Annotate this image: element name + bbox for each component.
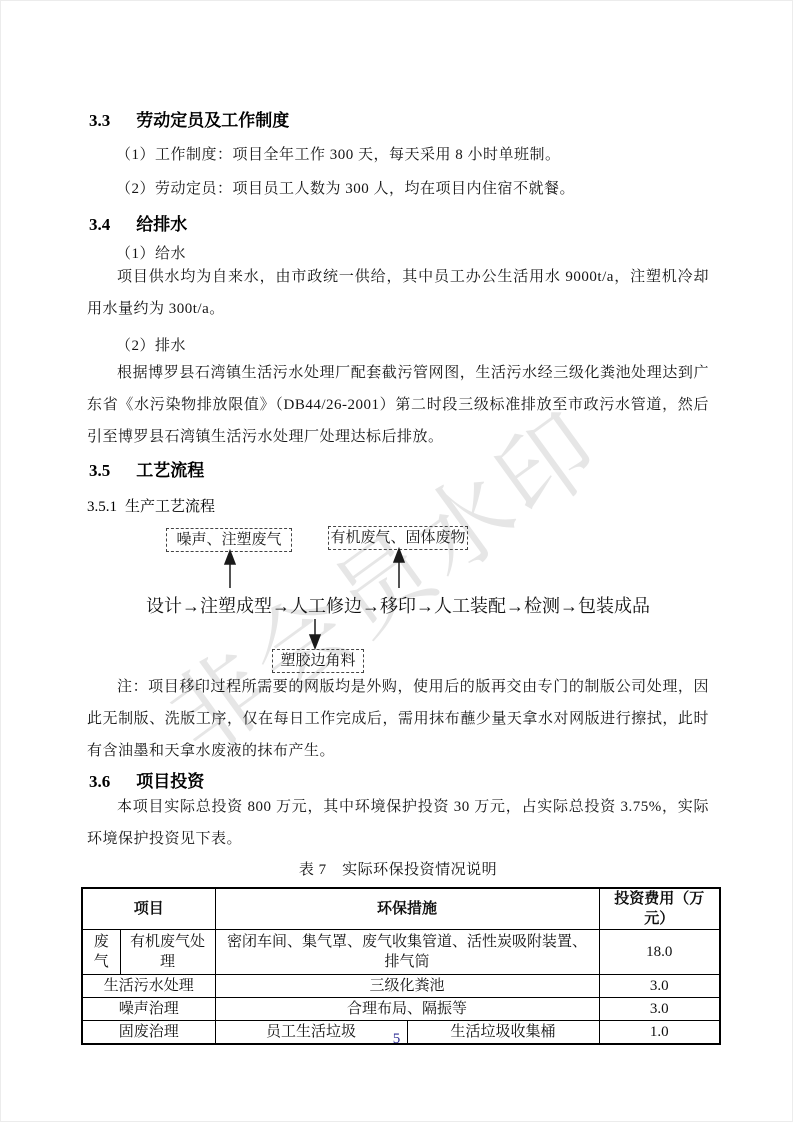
- section-3-5-heading: 3.5工艺流程: [89, 456, 204, 481]
- process-flow-text: 设计→注塑成型→人工修边→移印→人工装配→检测→包装成品: [87, 593, 709, 619]
- section-3-5-title: 工艺流程: [136, 461, 204, 480]
- section-3-3-number: 3.3: [89, 111, 110, 130]
- cell-waste-gas: 废气: [82, 930, 120, 975]
- section-3-6-heading: 3.6项目投资: [89, 767, 204, 792]
- flow-arrowhead-down: [310, 635, 320, 648]
- cell-sewage-cost: 3.0: [599, 975, 720, 998]
- cell-noise-cost: 3.0: [599, 998, 720, 1021]
- document-page: 非会员水印 3.3劳动定员及工作制度 （1）工作制度：项目全年工作 300 天，…: [0, 0, 793, 1122]
- section-3-4-title: 给排水: [136, 215, 187, 234]
- section-3-3-heading: 3.3劳动定员及工作制度: [89, 106, 289, 131]
- noise-gas-box: 噪声、注塑废气: [166, 528, 292, 552]
- page-number: 5: [1, 1031, 792, 1048]
- section-3-5-1-number: 3.5.1: [87, 499, 117, 515]
- table-row-sewage: 生活污水处理 三级化粪池 3.0: [82, 975, 720, 998]
- cell-gas-cost: 18.0: [599, 930, 720, 975]
- section-3-4-number: 3.4: [89, 215, 110, 234]
- table-row-noise: 噪声治理 合理布局、隔振等 3.0: [82, 998, 720, 1021]
- cell-noise-measure: 合理布局、隔振等: [215, 998, 599, 1021]
- table-row-waste-gas: 废气 有机废气处理 密闭车间、集气罩、废气收集管道、活性炭吸附装置、排气筒 18…: [82, 930, 720, 975]
- page-content: 3.3劳动定员及工作制度 （1）工作制度：项目全年工作 300 天，每天采用 8…: [1, 1, 792, 1121]
- cell-noise-control: 噪声治理: [82, 998, 215, 1021]
- water-supply-subitem: （1）给水: [116, 242, 186, 263]
- plastic-scrap-box: 塑胶边角料: [272, 649, 364, 673]
- flow-arrowhead-up-1: [225, 551, 235, 564]
- header-measure: 环保措施: [215, 888, 599, 930]
- table-header-row: 项目 环保措施 投资费用（万元）: [82, 888, 720, 930]
- cell-sewage-measure: 三级化粪池: [215, 975, 599, 998]
- section-3-5-number: 3.5: [89, 461, 110, 480]
- header-project: 项目: [82, 888, 215, 930]
- organic-waste-box: 有机废气、固体废物: [328, 526, 468, 550]
- investment-table: 项目 环保措施 投资费用（万元） 废气 有机废气处理 密闭车间、集气罩、废气收集…: [81, 887, 721, 1045]
- investment-paragraph: 本项目实际总投资 800 万元，其中环境保护投资 30 万元，占实际总投资 3.…: [87, 791, 709, 855]
- section-3-5-1-title: 生产工艺流程: [125, 499, 215, 515]
- section-3-4-heading: 3.4给排水: [89, 210, 187, 235]
- drainage-paragraph: 根据博罗县石湾镇生活污水处理厂配套截污管网图，生活污水经三级化粪池处理达到广东省…: [87, 357, 709, 453]
- drainage-subitem: （2）排水: [116, 334, 186, 355]
- cell-gas-measures: 密闭车间、集气罩、废气收集管道、活性炭吸附装置、排气筒: [215, 930, 599, 975]
- section-3-3-title: 劳动定员及工作制度: [136, 111, 289, 130]
- water-supply-paragraph: 项目供水均为自来水，由市政统一供给，其中员工办公生活用水 9000t/a，注塑机…: [87, 261, 709, 325]
- section-3-6-title: 项目投资: [136, 772, 204, 791]
- section-3-5-1-heading: 3.5.1生产工艺流程: [87, 495, 215, 516]
- flow-arrowhead-up-2: [394, 549, 404, 562]
- section-3-6-number: 3.6: [89, 772, 110, 791]
- staffing-item: （2）劳动定员：项目员工人数为 300 人，均在项目内住宿不就餐。: [116, 177, 575, 198]
- work-system-item: （1）工作制度：项目全年工作 300 天，每天采用 8 小时单班制。: [116, 143, 561, 164]
- cell-sewage-treatment: 生活污水处理: [82, 975, 215, 998]
- cell-organic-gas-treatment: 有机废气处理: [120, 930, 215, 975]
- pad-printing-note: 注：项目移印过程所需要的网版均是外购，使用后的版再交由专门的制版公司处理，因此无…: [87, 671, 709, 767]
- table-caption: 表 7 实际环保投资情况说明: [87, 858, 709, 879]
- header-cost: 投资费用（万元）: [599, 888, 720, 930]
